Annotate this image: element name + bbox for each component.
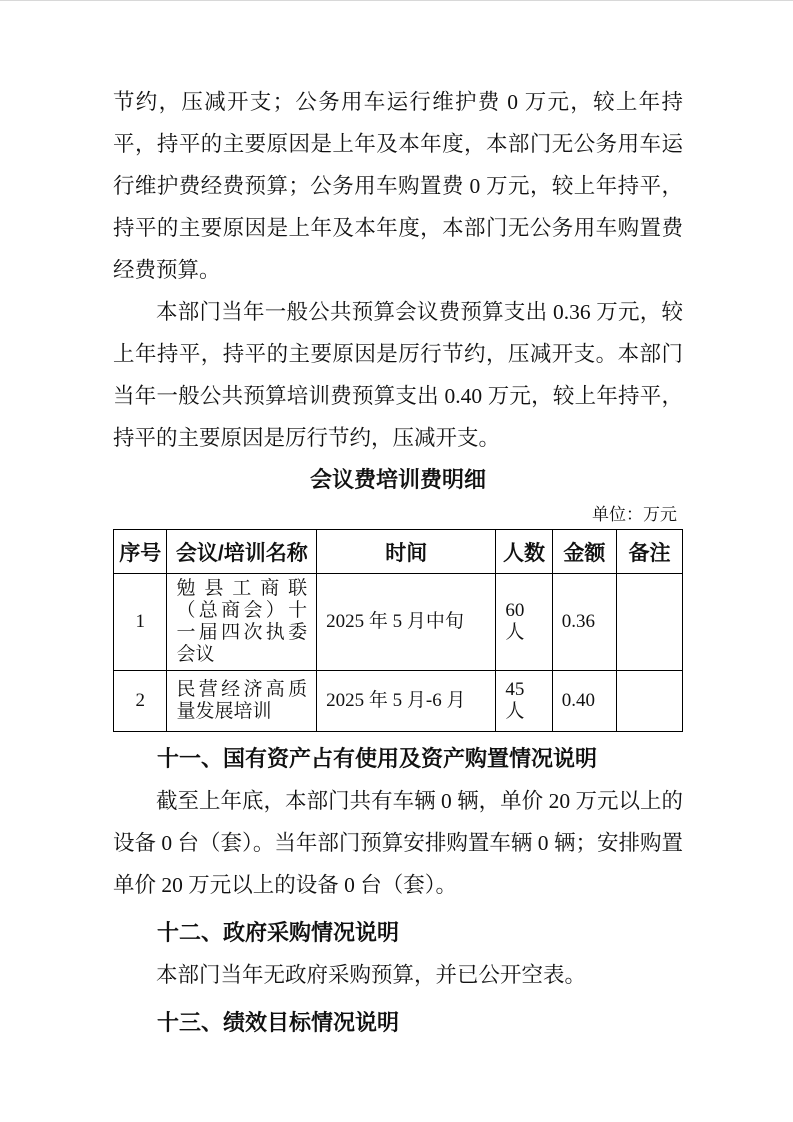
table-row: 1 勉县工商联（总商会）十一届四次执委会议 2025 年 5 月中旬 60 人 … xyxy=(114,574,683,671)
document-page: 节约，压减开支；公务用车运行维护费 0 万元，较上年持平，持平的主要原因是上年及… xyxy=(0,0,793,1122)
col-header-index: 序号 xyxy=(114,530,167,574)
col-header-people: 人数 xyxy=(496,530,552,574)
page-content: 节约，压减开支；公务用车运行维护费 0 万元，较上年持平，持平的主要原因是上年及… xyxy=(0,1,793,1044)
cell-people: 45 人 xyxy=(496,671,552,732)
cell-time: 2025 年 5 月中旬 xyxy=(317,574,496,671)
col-header-amount: 金额 xyxy=(552,530,616,574)
table-header-row: 序号 会议/培训名称 时间 人数 金额 备注 xyxy=(114,530,683,574)
col-header-time: 时间 xyxy=(317,530,496,574)
cell-index: 2 xyxy=(114,671,167,732)
cell-time: 2025 年 5 月-6 月 xyxy=(317,671,496,732)
table-title: 会议费培训费明细 xyxy=(113,459,683,501)
cell-people: 60 人 xyxy=(496,574,552,671)
unit-label: 单位：万元 xyxy=(113,501,683,529)
cell-name: 民营经济高质量发展培训 xyxy=(167,671,317,732)
cell-name: 勉县工商联（总商会）十一届四次执委会议 xyxy=(167,574,317,671)
cell-amount: 0.36 xyxy=(552,574,616,671)
section-heading-government-procurement: 十二、政府采购情况说明 xyxy=(113,912,683,954)
cell-index: 1 xyxy=(114,574,167,671)
table-row: 2 民营经济高质量发展培训 2025 年 5 月-6 月 45 人 0.40 xyxy=(114,671,683,732)
section-body-state-assets: 截至上年底，本部门共有车辆 0 辆，单价 20 万元以上的设备 0 台（套）。当… xyxy=(113,780,683,906)
section-heading-performance-targets: 十三、绩效目标情况说明 xyxy=(113,1002,683,1044)
section-heading-state-assets: 十一、国有资产占有使用及资产购置情况说明 xyxy=(113,738,683,780)
paragraph-carryover: 节约，压减开支；公务用车运行维护费 0 万元，较上年持平，持平的主要原因是上年及… xyxy=(113,81,683,291)
paragraph-meeting-training: 本部门当年一般公共预算会议费预算支出 0.36 万元，较上年持平，持平的主要原因… xyxy=(113,291,683,459)
cell-remark xyxy=(616,574,682,671)
section-body-government-procurement: 本部门当年无政府采购预算，并已公开空表。 xyxy=(113,954,683,996)
col-header-name: 会议/培训名称 xyxy=(167,530,317,574)
cell-remark xyxy=(616,671,682,732)
col-header-remark: 备注 xyxy=(616,530,682,574)
meeting-training-detail-table: 序号 会议/培训名称 时间 人数 金额 备注 1 勉县工商联（总商会）十一届四次… xyxy=(113,529,683,732)
cell-amount: 0.40 xyxy=(552,671,616,732)
